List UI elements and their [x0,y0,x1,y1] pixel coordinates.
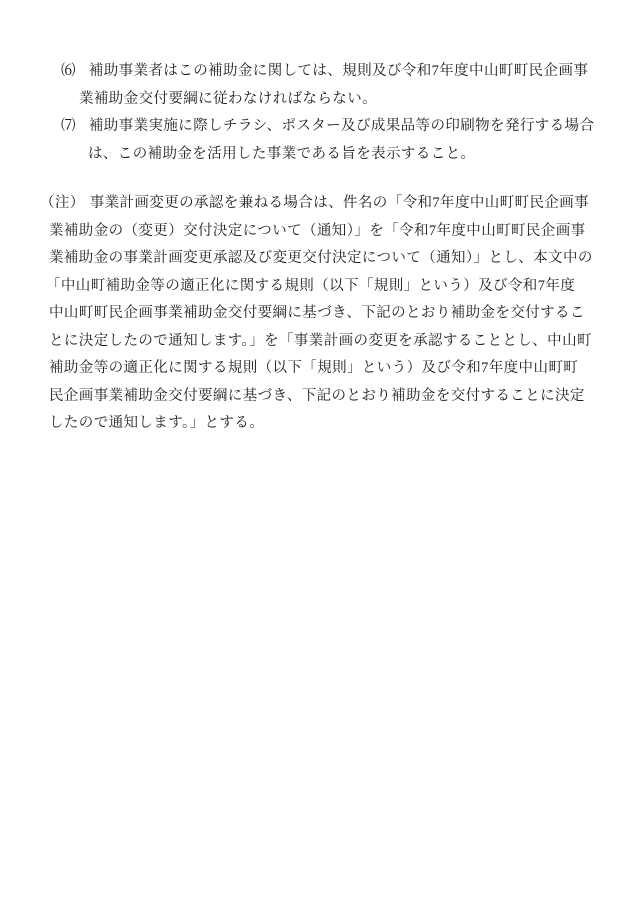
text-line: 民企画事業補助金交付要綱に基づき、下記のとおり補助金を交付することに決定 [49,383,630,411]
text-line: ⑺補助事業実施に際しチラシ、ポスター及び成果品等の印刷物を発行する場合 [61,113,630,141]
text-line: は、この補助金を活用した事業である旨を表示すること。 [88,141,630,169]
item-6-text-line-2: 業補助金交付要綱に従わなければならない。 [79,91,377,107]
text-line: とに決定したので通知します。」を「事業計画の変更を承認することとし、中山町 [49,328,630,356]
text-line: 業補助金交付要綱に従わなければならない。 [79,86,630,114]
text-line: 業補助金の事業計画変更承認及び変更交付決定について（通知）」とし、本文中の [49,245,630,273]
list-item-6: ⑹補助事業者はこの補助金に関しては、規則及び令和7年度中山町町民企画事 業補助金… [0,58,630,113]
text-line: 業補助金の（変更）交付決定について（通知）」を「令和7年度中山町町民企画事 [49,218,630,246]
note-text-line-3: 業補助金の事業計画変更承認及び変更交付決定について（通知）」とし、本文中の [49,250,593,266]
note-text-line-5: 中山町町民企画事業補助金交付要綱に基づき、下記のとおり補助金を交付するこ [49,305,585,321]
text-line: 補助金等の適正化に関する規則（以下「規則」という）及び令和7年度中山町町 [49,355,630,383]
list-item-7: ⑺補助事業実施に際しチラシ、ポスター及び成果品等の印刷物を発行する場合 は、この… [0,113,630,168]
document-page: ⑹補助事業者はこの補助金に関しては、規則及び令和7年度中山町町民企画事 業補助金… [0,0,630,903]
note-paragraph: （注）事業計画変更の承認を兼ねる場合は、件名の「令和7年度中山町町民企画事 業補… [0,190,630,438]
text-line: ⑹補助事業者はこの補助金に関しては、規則及び令和7年度中山町町民企画事 [61,58,630,86]
note-text-line-4: 「中山町補助金等の適正化に関する規則（以下「規則」という）及び令和7年度 [46,278,575,294]
note-text-line-8: 民企画事業補助金交付要綱に基づき、下記のとおり補助金を交付することに決定 [49,388,585,404]
document-content: ⑹補助事業者はこの補助金に関しては、規則及び令和7年度中山町町民企画事 業補助金… [0,0,630,438]
item-6-text-line-1: 補助事業者はこの補助金に関しては、規則及び令和7年度中山町町民企画事 [89,63,588,79]
text-line: （注）事業計画変更の承認を兼ねる場合は、件名の「令和7年度中山町町民企画事 [40,190,630,218]
item-7-text-line-2: は、この補助金を活用した事業である旨を表示すること。 [88,146,475,162]
note-text-line-6: とに決定したので通知します。」を「事業計画の変更を承認することとし、中山町 [49,333,592,349]
note-text-line-1: 事業計画変更の承認を兼ねる場合は、件名の「令和7年度中山町町民企画事 [90,195,589,211]
note-marker: （注） [40,190,85,218]
note-text-line-7: 補助金等の適正化に関する規則（以下「規則」という）及び令和7年度中山町町 [49,360,578,376]
item-7-marker: ⑺ [61,113,76,141]
text-line: したので通知します。」とする。 [49,410,630,438]
item-7-text-line-1: 補助事業実施に際しチラシ、ポスター及び成果品等の印刷物を発行する場合 [89,118,594,134]
item-6-marker: ⑹ [61,58,76,86]
text-line: 中山町町民企画事業補助金交付要綱に基づき、下記のとおり補助金を交付するこ [49,300,630,328]
note-text-line-2: 業補助金の（変更）交付決定について（通知）」を「令和7年度中山町町民企画事 [49,223,586,239]
text-line: 「中山町補助金等の適正化に関する規則（以下「規則」という）及び令和7年度 [46,273,630,301]
note-text-line-9: したので通知します。」とする。 [49,415,264,431]
